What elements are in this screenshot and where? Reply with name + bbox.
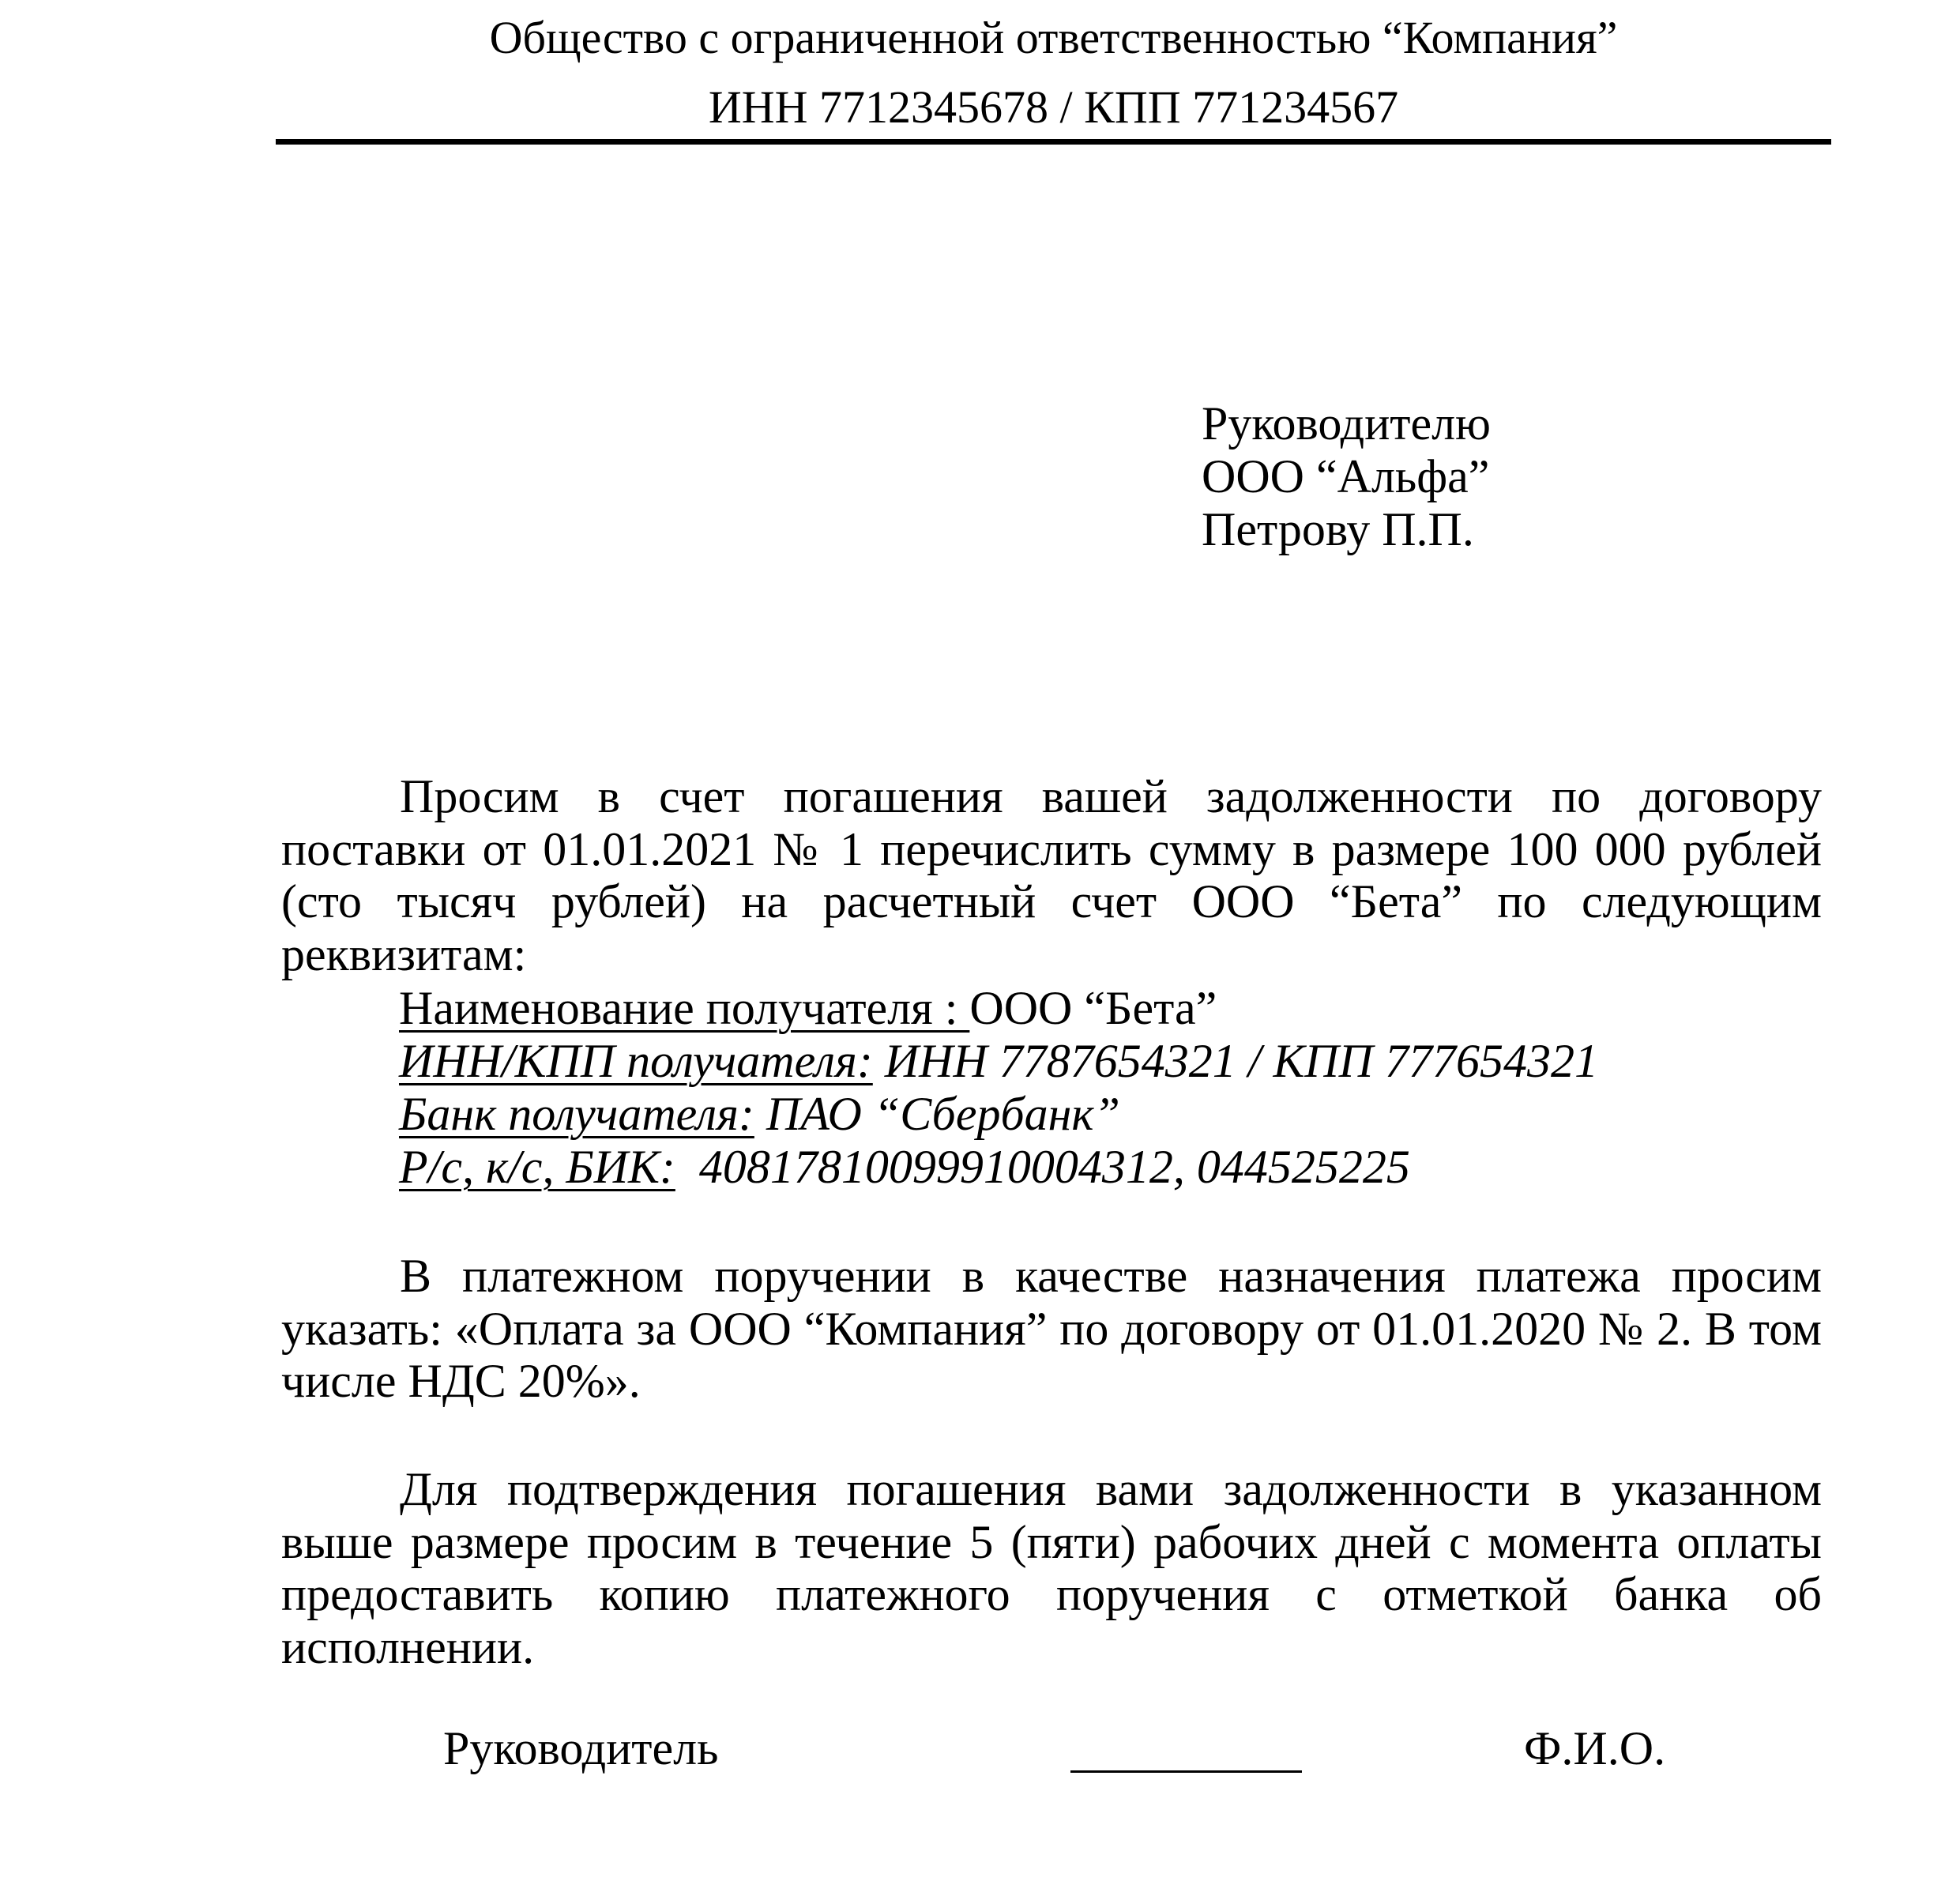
company-tax-ids: ИНН 7712345678 / КПП 771234567 [276,81,1831,134]
detail-recipient-bank: Банк получателя: ПАО “Сбербанк” [399,1088,1598,1141]
detail-label: Р/с, к/с, БИК: [399,1141,675,1193]
payment-purpose-paragraph: В платежном поручении в качестве назначе… [281,1250,1822,1408]
addressee-block: Руководителю ООО “Альфа” Петрову П.П. [1202,397,1491,556]
letter-page: Общество с ограниченной ответственностью… [0,0,1960,1881]
detail-recipient-name: Наименование получателя : ООО “Бета” [399,982,1598,1035]
signature-line [1070,1770,1302,1773]
detail-recipient-tax-ids: ИНН/КПП получателя: ИНН 7787654321 / КПП… [399,1035,1598,1088]
detail-label: Наименование получателя : [399,982,969,1034]
letterhead-divider [276,139,1831,145]
detail-value: ПАО “Сбербанк” [754,1088,1120,1140]
addressee-company: ООО “Альфа” [1202,450,1491,503]
detail-label: Банк получателя: [399,1088,754,1140]
signatory-name: Ф.И.О. [1524,1722,1665,1775]
detail-value: 40817810099910004312, 044525225 [675,1141,1410,1193]
detail-label: ИНН/КПП получателя: [399,1035,873,1087]
confirmation-paragraph: Для подтверждения погашения вами задолже… [281,1463,1822,1673]
letterhead: Общество с ограниченной ответственностью… [276,11,1831,134]
payment-request-paragraph: Просим в счет погашения вашей задолженно… [281,770,1822,980]
detail-value: ООО “Бета” [969,982,1217,1034]
company-name: Общество с ограниченной ответственностью… [276,11,1831,65]
signatory-role: Руководитель [443,1722,718,1775]
payment-details: Наименование получателя : ООО “Бета” ИНН… [399,982,1598,1194]
addressee-person: Петрову П.П. [1202,503,1491,556]
detail-value: ИНН 7787654321 / КПП 777654321 [873,1035,1598,1087]
detail-account-numbers: Р/с, к/с, БИК: 40817810099910004312, 044… [399,1141,1598,1194]
addressee-title: Руководителю [1202,397,1491,450]
signature-block: Руководитель Ф.И.О. [0,1722,1960,1801]
